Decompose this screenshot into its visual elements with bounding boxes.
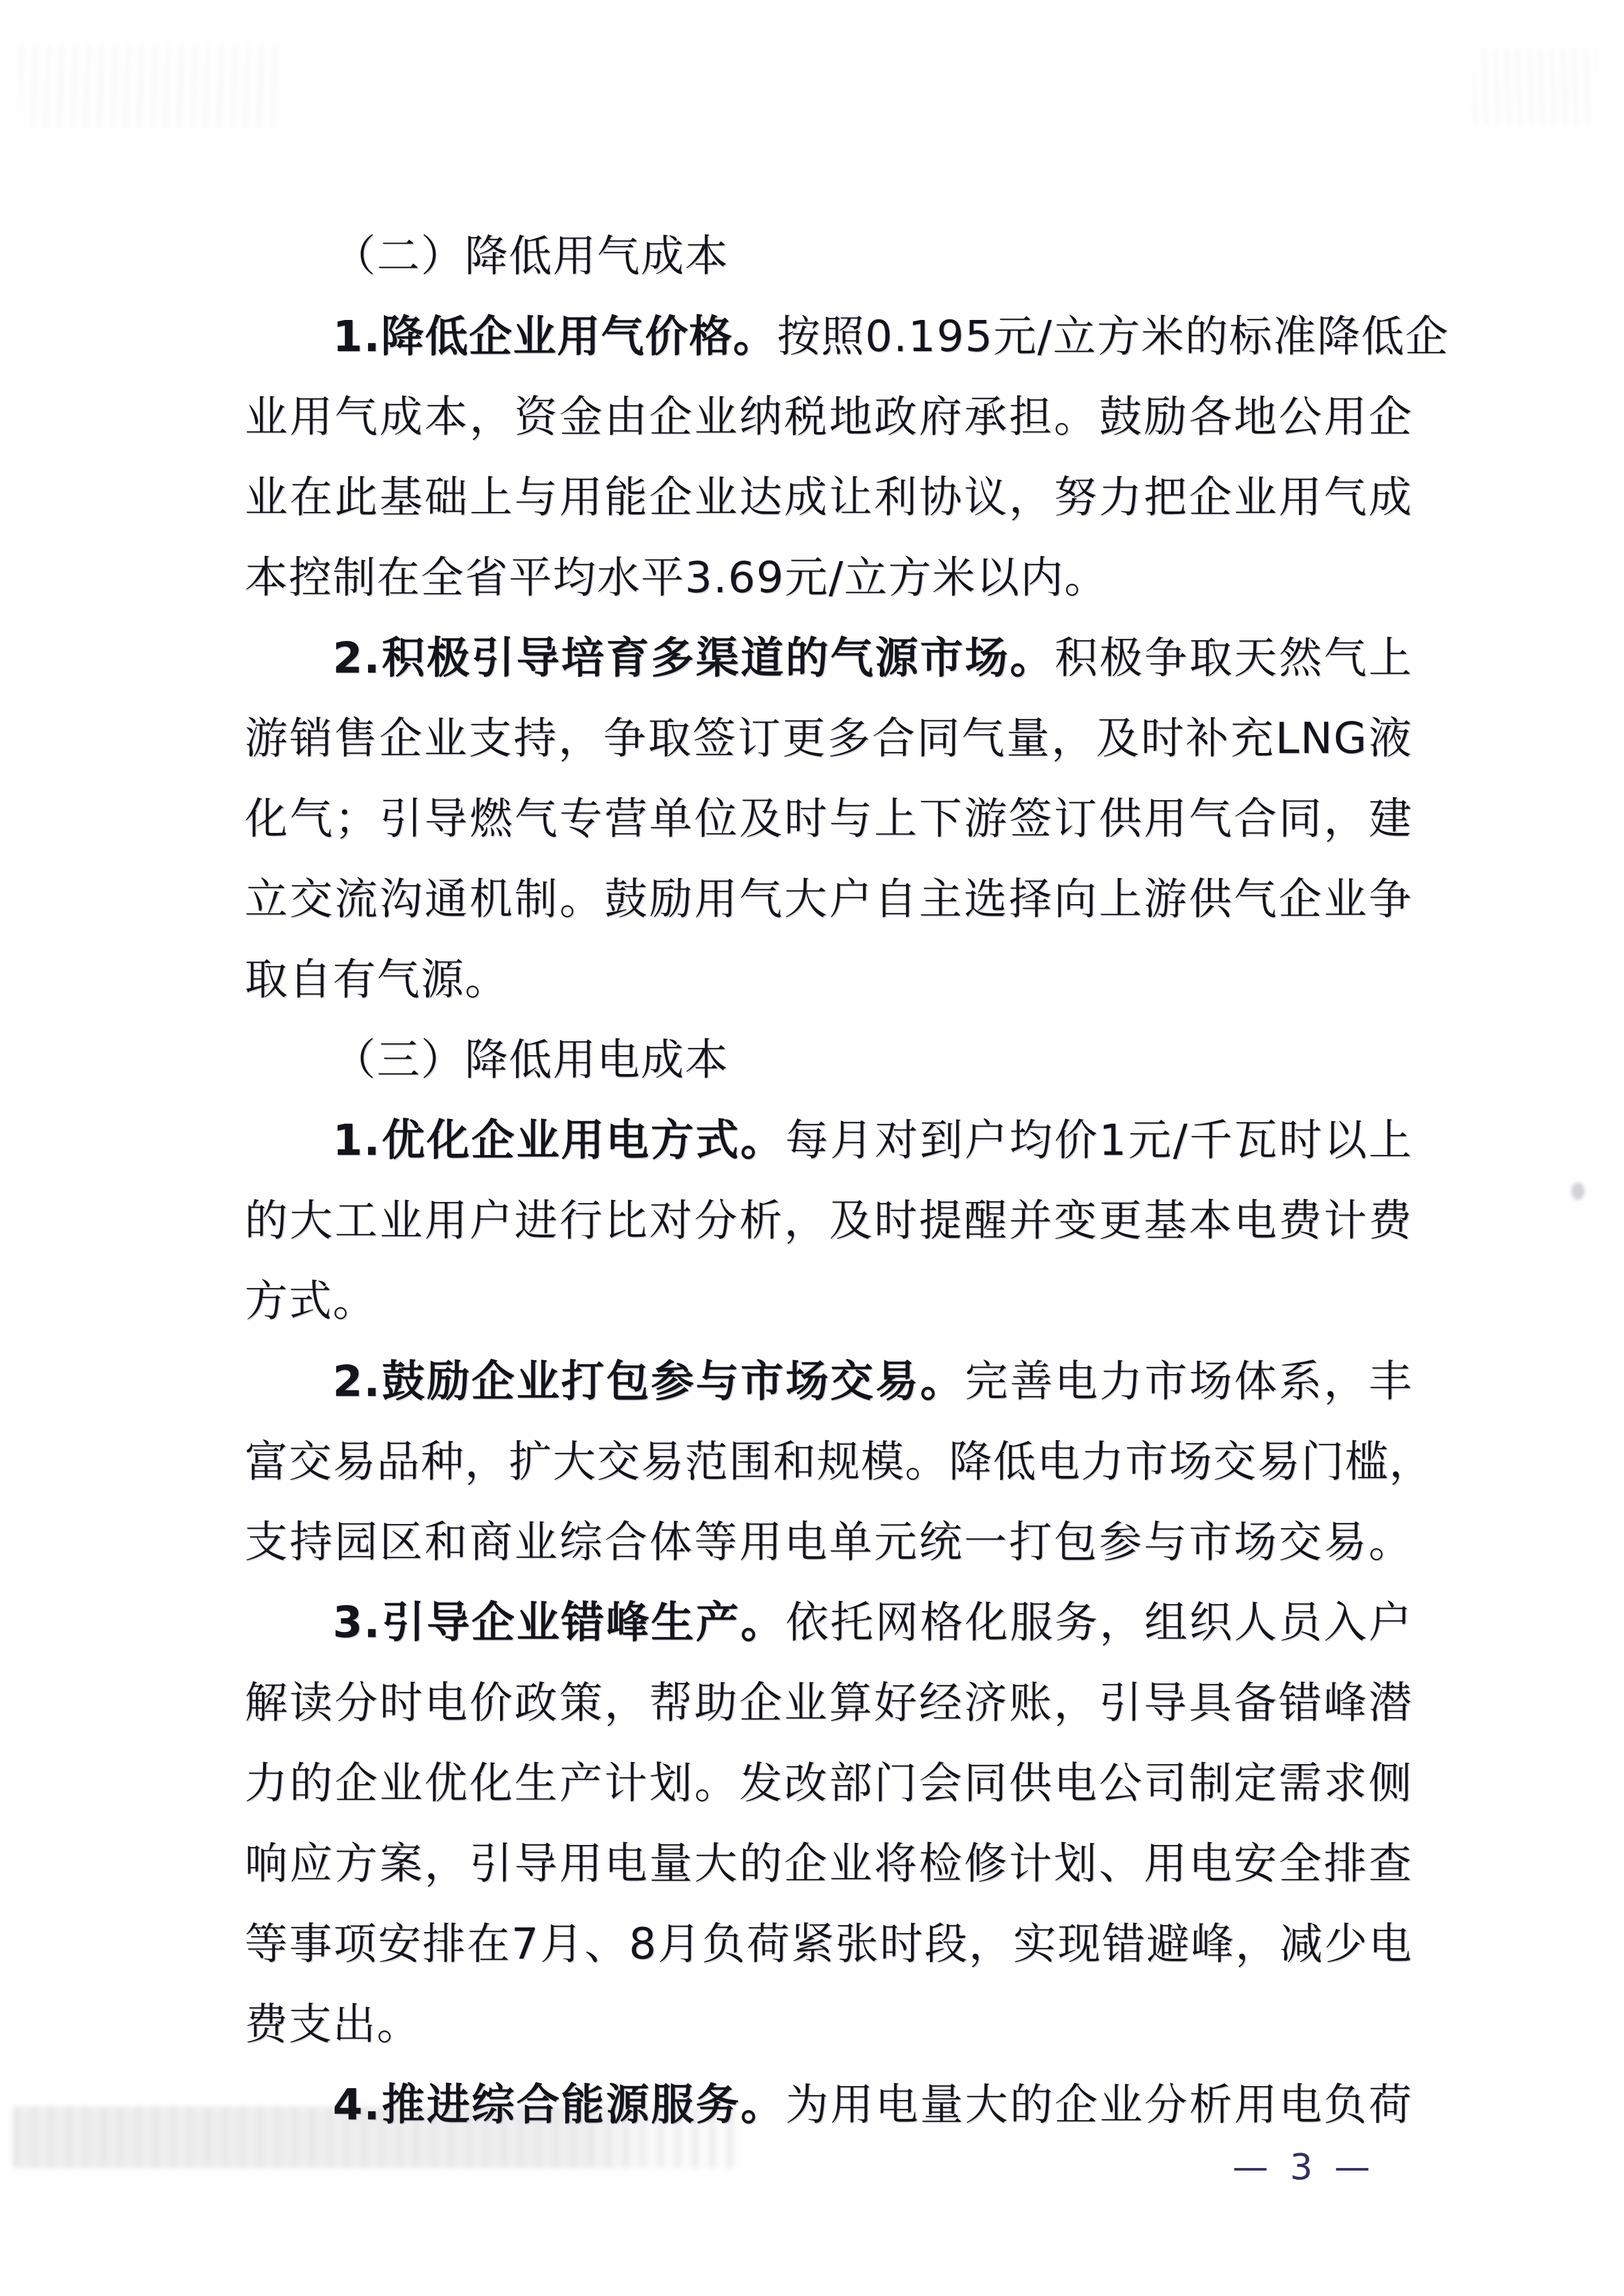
line-text: 积极争取天然气上 bbox=[1055, 633, 1413, 683]
line-text: 依托网格化服务，组织人员入户 bbox=[786, 1597, 1413, 1647]
text-line: 游销售企业支持，争取签订更多合同气量，及时补充LNG液 bbox=[245, 698, 1413, 779]
text-line: 立交流沟通机制。鼓励用气大户自主选择向上游供气企业争 bbox=[245, 859, 1413, 939]
text-line: 本控制在全省平均水平3.69元/立方米以内。 bbox=[245, 538, 1413, 618]
line-text: 解读分时电价政策，帮助企业算好经济账，引导具备错峰潜 bbox=[245, 1678, 1413, 1728]
text-line: 等事项安排在7月、8月负荷紧张时段，实现错避峰，减少电 bbox=[245, 1904, 1413, 1984]
line-text: 立交流沟通机制。鼓励用气大户自主选择向上游供气企业争 bbox=[245, 874, 1413, 924]
text-line: 取自有气源。 bbox=[245, 939, 1413, 1020]
line-text: 按照0.195元/立方米的标准降低企 bbox=[777, 311, 1449, 361]
scan-artifact bbox=[1571, 1183, 1585, 1200]
text-line: 方式。 bbox=[245, 1261, 1413, 1341]
line-text: 力的企业优化生产计划。发改部门会同供电公司制定需求侧 bbox=[245, 1758, 1413, 1808]
line-text: 完善电力市场体系，丰 bbox=[965, 1356, 1413, 1406]
text-line: 解读分时电价政策，帮助企业算好经济账，引导具备错峰潜 bbox=[245, 1663, 1413, 1743]
line-text: （二）降低用气成本 bbox=[333, 231, 729, 281]
line-text: 本控制在全省平均水平3.69元/立方米以内。 bbox=[245, 552, 1108, 603]
scan-artifact bbox=[1474, 49, 1597, 125]
text-line: 4.推进综合能源服务。为用电量大的企业分析用电负荷 bbox=[245, 2065, 1413, 2145]
text-line: 业用气成本，资金由企业纳税地政府承担。鼓励各地公用企 bbox=[245, 377, 1413, 457]
text-line: 富交易品种，扩大交易范围和规模。降低电力市场交易门槛， bbox=[245, 1422, 1413, 1502]
line-text: 等事项安排在7月、8月负荷紧张时段，实现错避峰，减少电 bbox=[245, 1919, 1413, 1969]
text-line: 费支出。 bbox=[245, 1984, 1413, 2065]
line-text: 方式。 bbox=[245, 1276, 377, 1326]
line-text: 响应方案，引导用电量大的企业将检修计划、用电安全排查 bbox=[245, 1838, 1413, 1889]
line-text: 化气；引导燃气专营单位及时与上下游签订供用气合同，建 bbox=[245, 793, 1413, 844]
text-line: 力的企业优化生产计划。发改部门会同供电公司制定需求侧 bbox=[245, 1743, 1413, 1823]
paragraph-lead: 4.推进综合能源服务。 bbox=[333, 2079, 786, 2130]
text-line: 化气；引导燃气专营单位及时与上下游签订供用气合同，建 bbox=[245, 779, 1413, 859]
paragraph-lead: 2.鼓励企业打包参与市场交易。 bbox=[333, 1356, 965, 1406]
paragraph-lead: 1.降低企业用气价格。 bbox=[333, 311, 777, 361]
line-text: 为用电量大的企业分析用电负荷 bbox=[786, 2079, 1413, 2130]
scan-artifact bbox=[20, 46, 276, 128]
line-text: 每月对到户均价1元/千瓦时以上 bbox=[785, 1115, 1413, 1165]
line-text: 业在此基础上与用能企业达成让利协议，努力把企业用气成 bbox=[245, 472, 1413, 522]
text-line: 2.鼓励企业打包参与市场交易。完善电力市场体系，丰 bbox=[245, 1341, 1413, 1422]
text-line: 响应方案，引导用电量大的企业将检修计划、用电安全排查 bbox=[245, 1823, 1413, 1904]
line-text: 游销售企业支持，争取签订更多合同气量，及时补充LNG液 bbox=[245, 713, 1413, 763]
line-text: 费支出。 bbox=[245, 1999, 421, 2049]
section-heading: （三）降低用电成本 bbox=[245, 1020, 1413, 1100]
text-line: 支持园区和商业综合体等用电单元统一打包参与市场交易。 bbox=[245, 1502, 1413, 1582]
section-heading: （二）降低用气成本 bbox=[245, 216, 1413, 296]
text-line: 2.积极引导培育多渠道的气源市场。积极争取天然气上 bbox=[245, 618, 1413, 698]
text-line: 1.降低企业用气价格。按照0.195元/立方米的标准降低企 bbox=[245, 296, 1413, 377]
page-number: — 3 — bbox=[1232, 2139, 1375, 2195]
paragraph-lead: 2.积极引导培育多渠道的气源市场。 bbox=[333, 633, 1055, 683]
text-line: 的大工业用户进行比对分析，及时提醒并变更基本电费计费 bbox=[245, 1181, 1413, 1261]
line-text: 富交易品种，扩大交易范围和规模。降低电力市场交易门槛， bbox=[245, 1436, 1433, 1487]
text-line: 3.引导企业错峰生产。依托网格化服务，组织人员入户 bbox=[245, 1582, 1413, 1663]
line-text: 支持园区和商业综合体等用电单元统一打包参与市场交易。 bbox=[245, 1517, 1413, 1567]
paragraph-lead: 3.引导企业错峰生产。 bbox=[333, 1597, 786, 1647]
line-text: 取自有气源。 bbox=[245, 954, 509, 1004]
line-text: （三）降低用电成本 bbox=[333, 1035, 729, 1085]
text-line: 业在此基础上与用能企业达成让利协议，努力把企业用气成 bbox=[245, 457, 1413, 538]
line-text: 的大工业用户进行比对分析，及时提醒并变更基本电费计费 bbox=[245, 1195, 1413, 1246]
paragraph-lead: 1.优化企业用电方式。 bbox=[333, 1115, 785, 1165]
line-text: 业用气成本，资金由企业纳税地政府承担。鼓励各地公用企 bbox=[245, 392, 1413, 442]
document-page: （二）降低用气成本1.降低企业用气价格。按照0.195元/立方米的标准降低企业用… bbox=[0, 0, 1624, 2296]
text-line: 1.优化企业用电方式。每月对到户均价1元/千瓦时以上 bbox=[245, 1100, 1413, 1181]
document-body: （二）降低用气成本1.降低企业用气价格。按照0.195元/立方米的标准降低企业用… bbox=[245, 216, 1413, 2145]
